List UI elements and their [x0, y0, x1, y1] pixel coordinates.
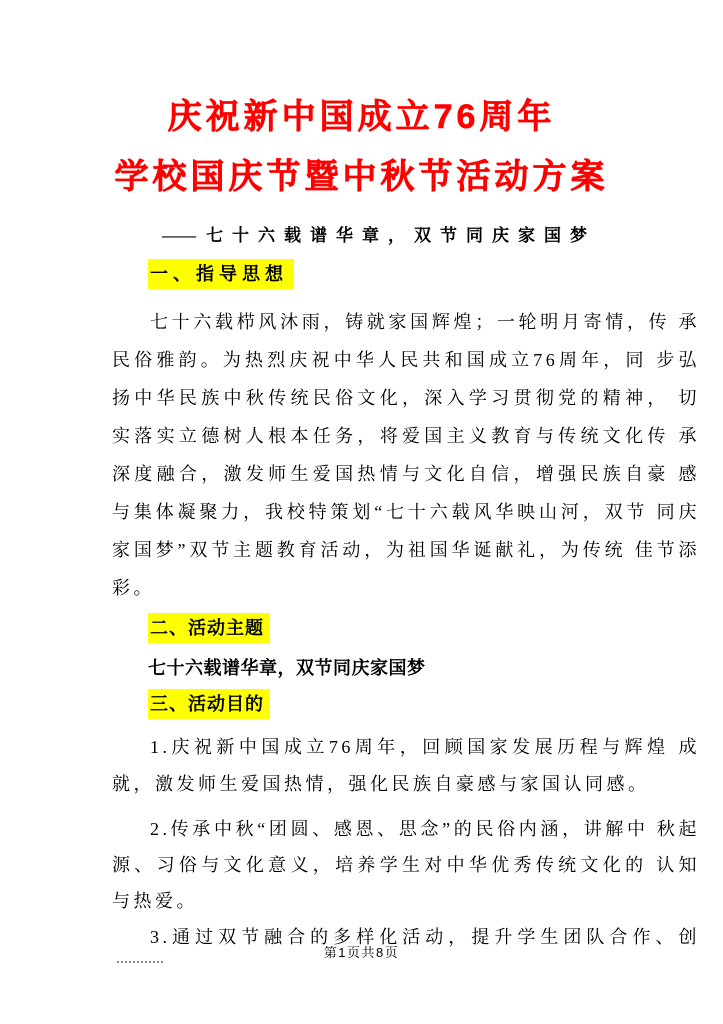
page-number: 第1页共8页	[0, 942, 723, 961]
paragraph-guiding-ideology: 七十六载栉风沐雨，铸就家国辉煌；一轮明月寄情，传 承民俗雅韵。为热烈庆祝中华人民…	[112, 303, 700, 607]
section-heading-guiding-ideology: 一、指导思想	[148, 259, 294, 289]
section-heading-activity-goals: 三、活动目的	[148, 689, 270, 719]
document-page: 庆祝新中国成立76周年 学校国庆节暨中秋节活动方案 ——七十六载谱华章，双节同庆…	[0, 0, 723, 1024]
subtitle-em-dash: ——	[162, 226, 196, 245]
paragraph-goal-1: 1.庆祝新中国成立76周年，回顾国家发展历程与辉煌 成就，激发师生爱国热情，强化…	[112, 729, 700, 803]
paragraph-goal-2: 2.传承中秋“团圆、感恩、思念”的民俗内涵，讲解中 秋起源、习俗与文化意义，培养…	[112, 811, 700, 919]
subtitle-text: 七十六载谱华章，双节同庆家国梦	[206, 226, 596, 245]
document-body: 一、指导思想 七十六载栉风沐雨，铸就家国辉煌；一轮明月寄情，传 承民俗雅韵。为热…	[0, 259, 723, 973]
document-title-line2: 学校国庆节暨中秋节活动方案	[0, 157, 723, 197]
activity-theme-text: 七十六载谱华章，双节同庆家国梦	[148, 655, 700, 681]
section-heading-activity-theme: 二、活动主题	[148, 613, 270, 643]
document-subtitle: ——七十六载谱华章，双节同庆家国梦	[162, 223, 723, 249]
document-title-line1: 庆祝新中国成立76周年	[0, 97, 723, 137]
